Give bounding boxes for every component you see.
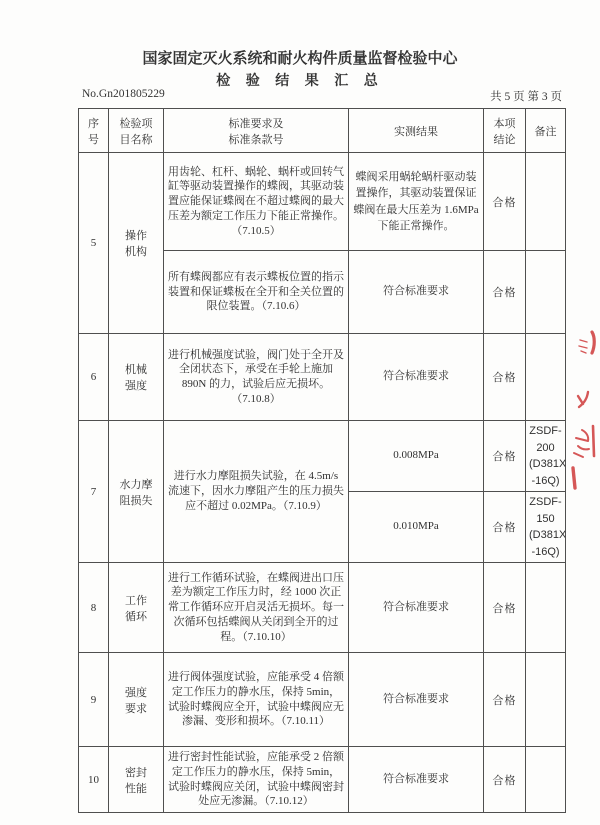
- cell-item-10: 密封 性能: [109, 747, 164, 813]
- results-table: 序 号 检验项 目名称 标准要求及 标准条款号 实测结果 本项 结论 备注 5 …: [78, 108, 566, 813]
- page-subtitle: 检 验 结 果 汇 总: [0, 70, 600, 90]
- meta-row: No.Gn201805229 共 5 页 第 3 页: [82, 88, 562, 104]
- cell-remark-7b: ZSDF- 150 (D381X -16Q): [526, 492, 566, 563]
- cell-remark-10: [526, 747, 566, 813]
- cell-conclusion-8: 合格: [484, 563, 526, 653]
- table-row: 9 强度 要求 进行阀体强度试验，应能承受 4 倍额定工作压力的静水压，保持 5…: [79, 653, 566, 747]
- table-row: 8 工作 循环 进行工作循环试验，在蝶阀进出口压差为额定工作压力时，经 1000…: [79, 563, 566, 653]
- cell-no-7: 7: [79, 421, 109, 563]
- cell-result-5a: 蝶阀采用蜗轮蜗杆驱动装置操作，其驱动装置保证蝶阀在最大压差为 1.6MPa 下能…: [349, 153, 484, 251]
- table-row: 5 操作 机构 用齿轮、杠杆、蜗轮、蜗杆或回转气缸等驱动装置操作的蝶阀，其驱动装…: [79, 153, 566, 251]
- cell-result-10: 符合标准要求: [349, 747, 484, 813]
- header-standard: 标准要求及 标准条款号: [164, 109, 349, 153]
- cell-no-8: 8: [79, 563, 109, 653]
- cell-conclusion-5b: 合格: [484, 251, 526, 334]
- cell-item-9: 强度 要求: [109, 653, 164, 747]
- cell-conclusion-9: 合格: [484, 653, 526, 747]
- cell-item-5: 操作 机构: [109, 153, 164, 334]
- cell-result-8: 符合标准要求: [349, 563, 484, 653]
- cell-standard-9: 进行阀体强度试验，应能承受 4 倍额定工作压力的静水压，保持 5min，试验时蝶…: [164, 653, 349, 747]
- header-result: 实测结果: [349, 109, 484, 153]
- header-row: 序 号 检验项 目名称 标准要求及 标准条款号 实测结果 本项 结论 备注: [79, 109, 566, 153]
- cell-standard-6: 进行机械强度试验，阀门处于全开及全闭状态下，承受在手轮上施加 890N 的力，试…: [164, 334, 349, 421]
- red-stamp-marks: [568, 322, 600, 502]
- cell-no-5: 5: [79, 153, 109, 334]
- cell-standard-5b: 所有蝶阀都应有表示蝶板位置的指示装置和保证蝶板在全开和全关位置的限位装置。（7.…: [164, 251, 349, 334]
- cell-result-5b: 符合标准要求: [349, 251, 484, 334]
- cell-no-6: 6: [79, 334, 109, 421]
- cell-result-7b: 0.010MPa: [349, 492, 484, 563]
- header-conclusion: 本项 结论: [484, 109, 526, 153]
- cell-conclusion-6: 合格: [484, 334, 526, 421]
- cell-remark-5b: [526, 251, 566, 334]
- cell-conclusion-5a: 合格: [484, 153, 526, 251]
- header-remark: 备注: [526, 109, 566, 153]
- cell-conclusion-7a: 合格: [484, 421, 526, 492]
- cell-result-9: 符合标准要求: [349, 653, 484, 747]
- cell-remark-6: [526, 334, 566, 421]
- cell-conclusion-10: 合格: [484, 747, 526, 813]
- cell-item-6: 机械 强度: [109, 334, 164, 421]
- cell-item-7: 水力摩 阻损失: [109, 421, 164, 563]
- doc-number: No.Gn201805229: [82, 88, 165, 104]
- cell-no-10: 10: [79, 747, 109, 813]
- page-title: 国家固定灭火系统和耐火构件质量监督检验中心: [0, 47, 600, 68]
- cell-item-8: 工作 循环: [109, 563, 164, 653]
- table-row: 10 密封 性能 进行密封性能试验，应能承受 2 倍额定工作压力的静水压，保持 …: [79, 747, 566, 813]
- cell-standard-8: 进行工作循环试验，在蝶阀进出口压差为额定工作压力时，经 1000 次正常工作循环…: [164, 563, 349, 653]
- cell-no-9: 9: [79, 653, 109, 747]
- cell-remark-8: [526, 563, 566, 653]
- cell-standard-5a: 用齿轮、杠杆、蜗轮、蜗杆或回转气缸等驱动装置操作的蝶阀，其驱动装置应能保证蝶阀在…: [164, 153, 349, 251]
- table-row: 7 水力摩 阻损失 进行水力摩阻损失试验，在 4.5m/s 流速下，因水力摩阻产…: [79, 421, 566, 492]
- cell-conclusion-7b: 合格: [484, 492, 526, 563]
- cell-result-6: 符合标准要求: [349, 334, 484, 421]
- cell-result-7a: 0.008MPa: [349, 421, 484, 492]
- cell-remark-9: [526, 653, 566, 747]
- cell-standard-7: 进行水力摩阻损失试验，在 4.5m/s 流速下，因水力摩阻产生的压力损失应不超过…: [164, 421, 349, 563]
- document-page: 国家固定灭火系统和耐火构件质量监督检验中心 检 验 结 果 汇 总 No.Gn2…: [0, 0, 600, 825]
- page-indicator: 共 5 页 第 3 页: [490, 88, 562, 104]
- header-no: 序 号: [79, 109, 109, 153]
- table-row: 6 机械 强度 进行机械强度试验，阀门处于全开及全闭状态下，承受在手轮上施加 8…: [79, 334, 566, 421]
- cell-remark-5a: [526, 153, 566, 251]
- cell-remark-7a: ZSDF- 200 (D381X -16Q): [526, 421, 566, 492]
- cell-standard-10: 进行密封性能试验，应能承受 2 倍额定工作压力的静水压，保持 5min，试验时蝶…: [164, 747, 349, 813]
- header-item: 检验项 目名称: [109, 109, 164, 153]
